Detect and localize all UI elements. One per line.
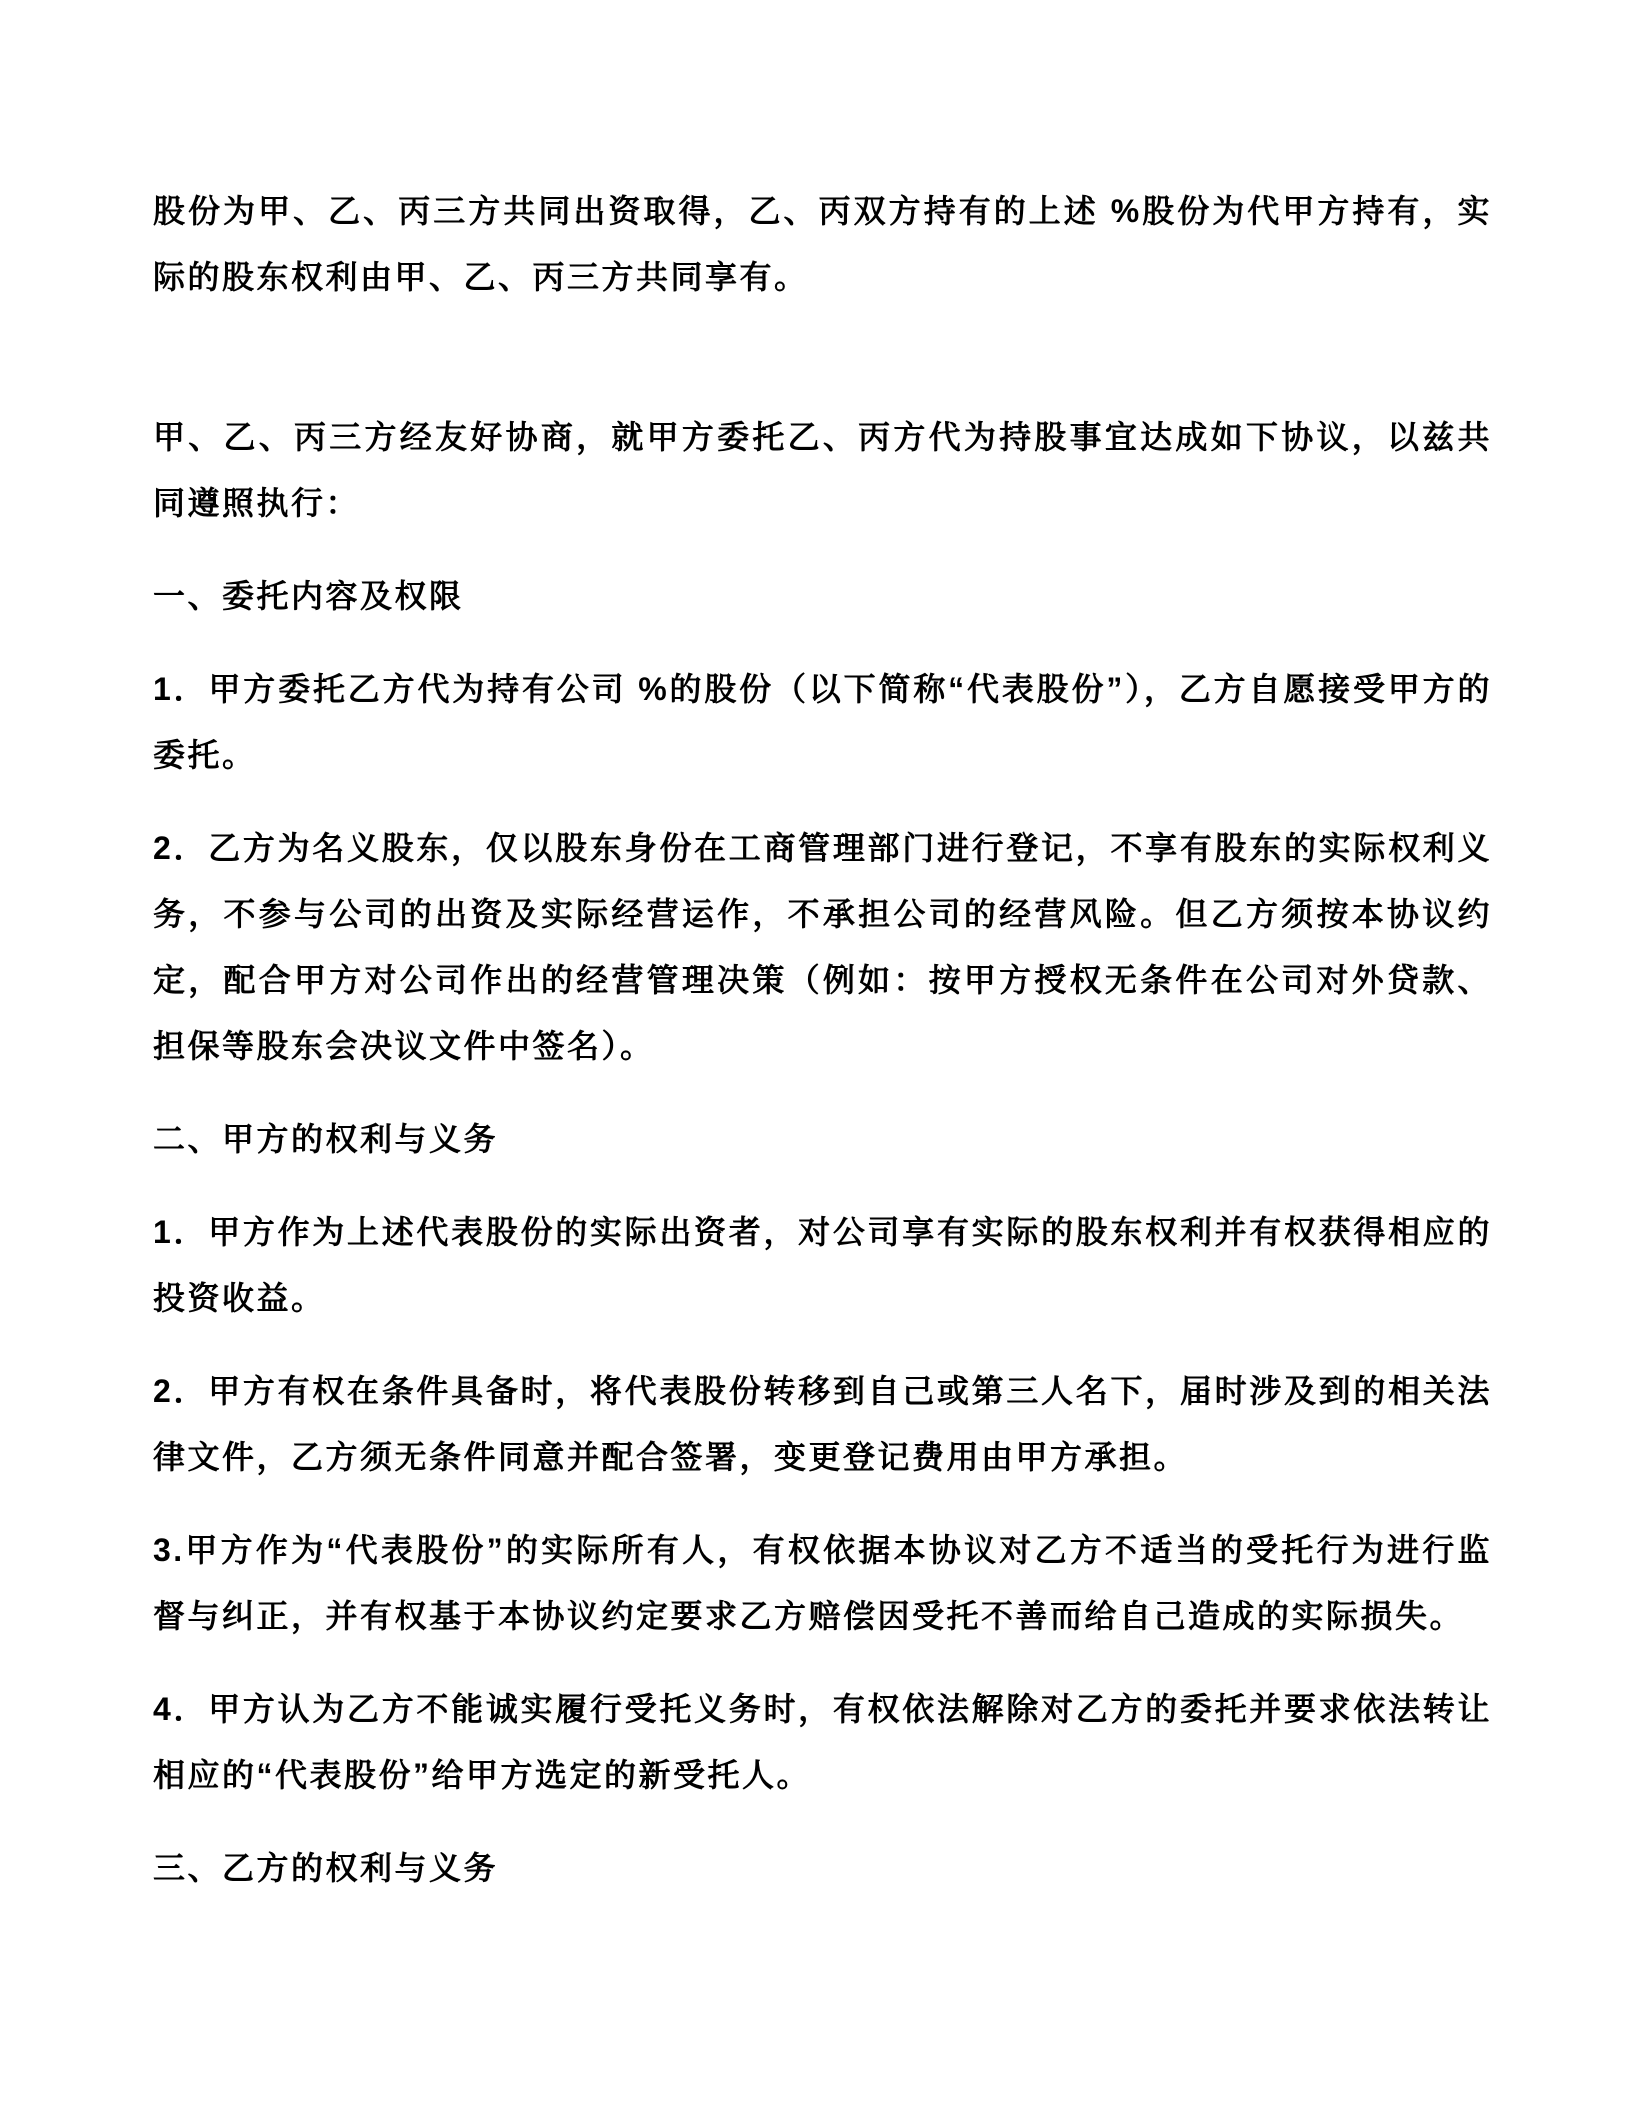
paragraph-preamble: 甲、乙、丙三方经友好协商，就甲方委托乙、丙方代为持股事宜达成如下协议，以兹共同遵… — [153, 404, 1492, 536]
clause-2-1: 1．甲方作为上述代表股份的实际出资者，对公司享有实际的股东权利并有权获得相应的投… — [153, 1199, 1492, 1331]
clause-1-2: 2．乙方为名义股东，仅以股东身份在工商管理部门进行登记，不享有股东的实际权利义务… — [153, 815, 1492, 1079]
clause-2-4: 4．甲方认为乙方不能诚实履行受托义务时，有权依法解除对乙方的委托并要求依法转让相… — [153, 1676, 1492, 1808]
clause-2-2: 2．甲方有权在条件具备时，将代表股份转移到自己或第三人名下，届时涉及到的相关法律… — [153, 1358, 1492, 1490]
section-heading-2-party-a-rights: 二、甲方的权利与义务 — [153, 1106, 1492, 1172]
clause-1-1: 1．甲方委托乙方代为持有公司 %的股份（以下简称“代表股份”），乙方自愿接受甲方… — [153, 656, 1492, 788]
section-heading-3-party-b-rights: 三、乙方的权利与义务 — [153, 1835, 1492, 1901]
paragraph-continuation-shares: 股份为甲、乙、丙三方共同出资取得，乙、丙双方持有的上述 %股份为代甲方持有，实际… — [153, 178, 1492, 310]
document-content: 股份为甲、乙、丙三方共同出资取得，乙、丙双方持有的上述 %股份为代甲方持有，实际… — [0, 0, 1632, 1901]
document-page: 股份为甲、乙、丙三方共同出资取得，乙、丙双方持有的上述 %股份为代甲方持有，实际… — [0, 0, 1632, 2112]
clause-2-3: 3.甲方作为“代表股份”的实际所有人，有权依据本协议对乙方不适当的受托行为进行监… — [153, 1517, 1492, 1649]
section-heading-1-entrustment-scope: 一、委托内容及权限 — [153, 563, 1492, 629]
